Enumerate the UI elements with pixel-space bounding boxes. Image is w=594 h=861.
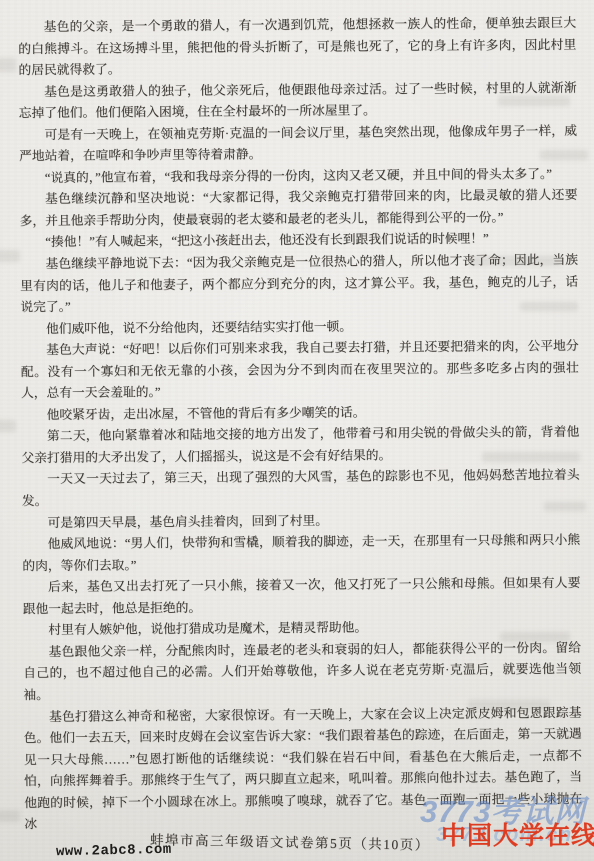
bleedthrough-smudge <box>0 250 20 262</box>
story-paragraph: 基色继续平静地说下去：“因为我父亲鲍克是一位很热心的猎人，所以他才丧了命；因此，… <box>20 250 578 319</box>
watermark-cn-university-online: 中国大学在线 <box>441 816 594 852</box>
scanned-exam-page: 基色的父亲，是一个勇敢的猎人，有一次遇到饥荒，他想拯救一族人的性命，便单独去跟巨… <box>0 0 594 861</box>
bleedthrough-smudge <box>0 810 20 822</box>
story-paragraph: 基色是这勇敢猎人的独子，他父亲死后，他便跟他母亲过活。过了一些时候，村里的人就渐… <box>19 77 577 124</box>
watermark-2abc8-url: www.2abc8.com <box>56 842 172 860</box>
bleedthrough-smudge <box>0 420 16 432</box>
story-paragraph: 一天又一天过去了，第三天，出现了强烈的大风雪，基色的踪影也不见，他妈妈愁苦地拉着… <box>22 465 580 512</box>
story-paragraph: 基色大声说：“好吧！以后你们可别来求我，我自己要去打猎，并且还要把猎来的肉，公平… <box>21 336 579 405</box>
story-paragraph: 他威风地说：“男人们，快带狗和雪橇，顺着我的脚迹，走一天，在那里有一只母熊和两只… <box>22 530 580 577</box>
bleedthrough-smudge <box>0 58 16 72</box>
story-paragraph: 基色的父亲，是一个勇敢的猎人，有一次遇到饥荒，他想拯救一族人的性命，便单独去跟巨… <box>18 13 576 82</box>
story-text: 基色的父亲，是一个勇敢的猎人，有一次遇到饥荒，他想拯救一族人的性命，便单独去跟巨… <box>18 13 583 857</box>
story-paragraph: 基色跟他父亲一样，分配熊肉时，连最老的老头和衰弱的妇人，都能获得公平的一份肉。留… <box>23 638 581 707</box>
story-paragraph: 后来，基色又出去打死了一只小熊，接着又一次，他又打死了一只公熊和母熊。但如果有人… <box>22 573 580 620</box>
story-paragraph: 第二天，他向紧靠着冰和陆地交接的地方出发了，他带着弓和用尖锐的骨做尖头的箭，背着… <box>21 422 579 469</box>
story-paragraph: 可是有一天晚上，在领袖克劳斯·克温的一间会议厅里，基色突然出现，他像成年男子一样… <box>19 121 577 168</box>
story-paragraph: 基色继续沉静和坚决地说：“大家都记得，我父亲鲍克打猎带回来的肉，比最灵敏的猎人还… <box>19 185 577 232</box>
